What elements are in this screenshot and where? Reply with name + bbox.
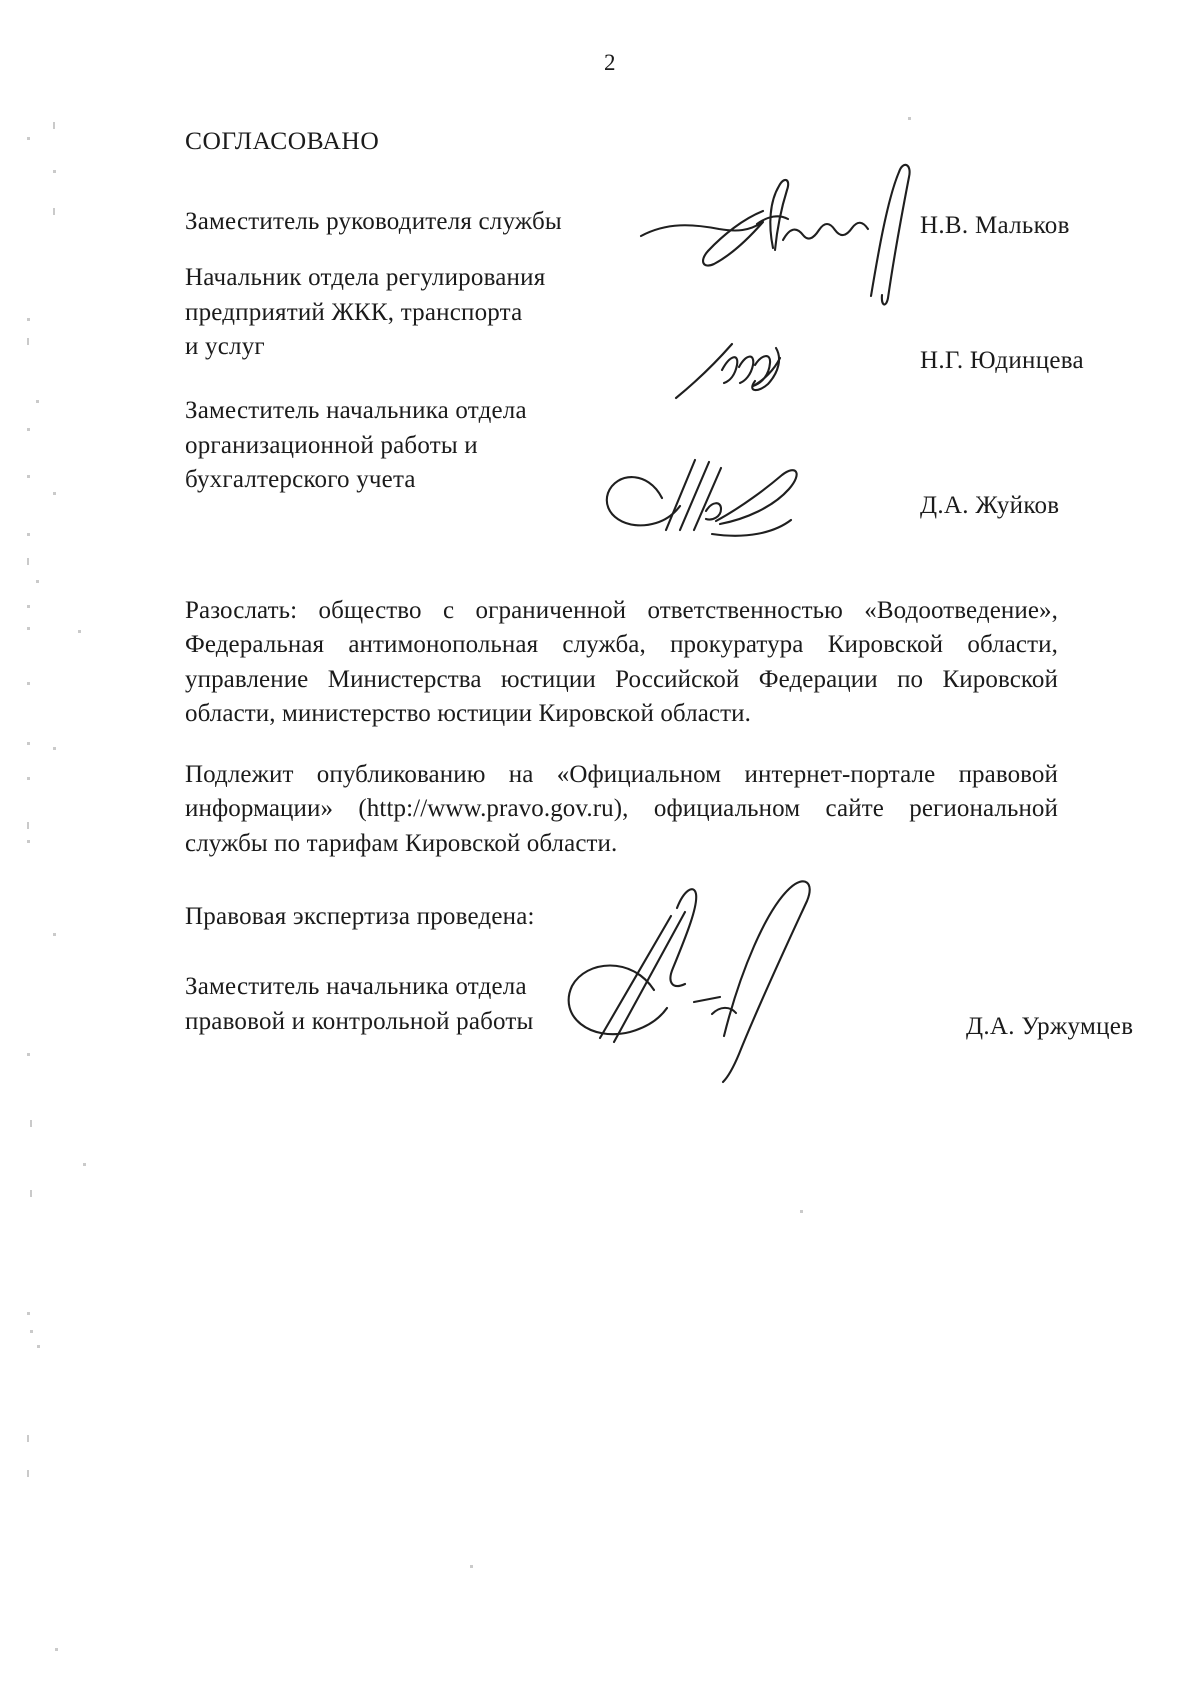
page-number: 2 bbox=[604, 50, 616, 76]
signatory-title-deputy-department-head: Заместитель начальника отдела организаци… bbox=[185, 394, 645, 498]
approval-heading: СОГЛАСОВАНО bbox=[185, 126, 379, 156]
signatory-name: Н.В. Мальков bbox=[920, 212, 1070, 240]
signatory-title-department-head: Начальник отдела регулирования предприят… bbox=[185, 261, 645, 365]
signature-zhuykov-handwriting bbox=[598, 448, 798, 538]
scanned-document-page: 2 СОГЛАСОВАНО Заместитель руководителя с… bbox=[0, 0, 1200, 1697]
signatory-name: Н.Г. Юдинцева bbox=[920, 347, 1084, 375]
signature-malkov-handwriting bbox=[637, 158, 937, 308]
signatory-title-deputy-head: Заместитель руководителя службы bbox=[185, 205, 645, 240]
signature-yudintseva-handwriting bbox=[672, 322, 802, 402]
legal-review-heading: Правовая экспертиза проведена: bbox=[185, 903, 535, 931]
title-line: предприятий ЖКК, транспорта bbox=[185, 296, 645, 331]
signature-urzhumtsev-handwriting bbox=[552, 868, 852, 1098]
title-line: Начальник отдела регулирования bbox=[185, 261, 645, 296]
distribution-paragraph: Разослать: общество с ограниченной ответ… bbox=[185, 594, 1058, 731]
title-line: Заместитель руководителя службы bbox=[185, 205, 645, 240]
signatory-name: Д.А. Жуйков bbox=[920, 492, 1059, 520]
title-line: Заместитель начальника отдела bbox=[185, 394, 645, 429]
title-line: бухгалтерского учета bbox=[185, 463, 645, 498]
signatory-name: Д.А. Уржумцев bbox=[966, 1013, 1133, 1041]
title-line: организационной работы и bbox=[185, 429, 645, 464]
title-line: и услуг bbox=[185, 330, 645, 365]
publication-paragraph: Подлежит опубликованию на «Официальном и… bbox=[185, 758, 1058, 861]
